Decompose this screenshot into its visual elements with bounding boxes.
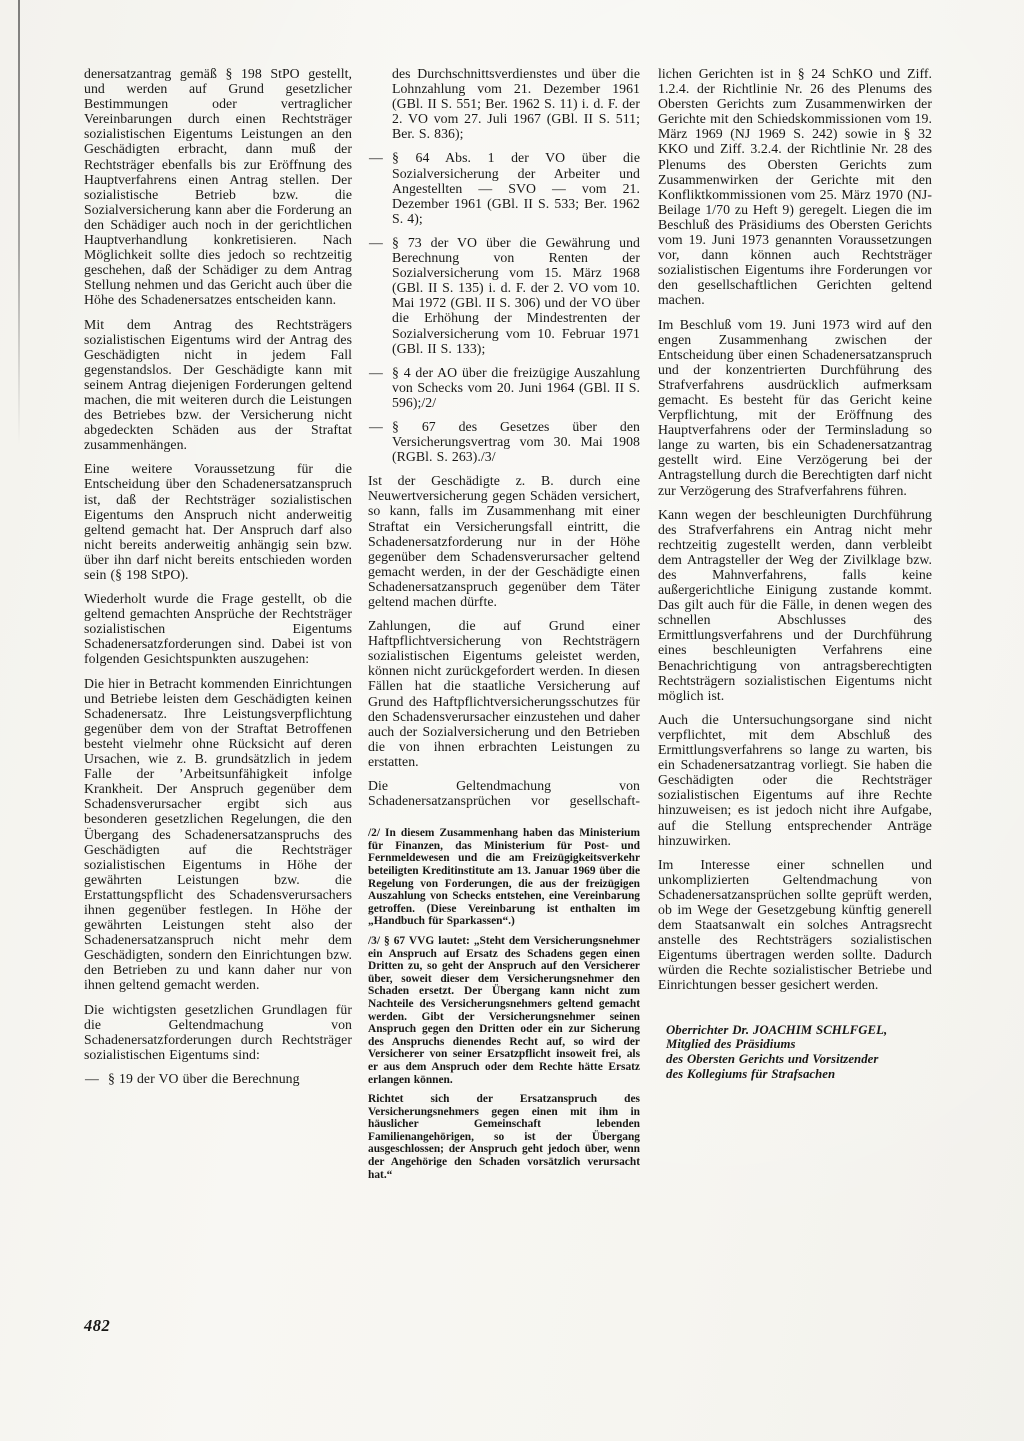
list-item: —§ 64 Abs. 1 der VO über die Sozialversi…	[368, 150, 640, 225]
text-column-2: des Durchschnittsverdienstes und über di…	[368, 66, 640, 1188]
paragraph: Eine weitere Voraussetzung für die Entsc…	[84, 461, 352, 582]
list-item: —§ 73 der VO über die Gewährung und Bere…	[368, 235, 640, 356]
paragraph: Die hier in Betracht kommenden Einrichtu…	[84, 676, 352, 993]
paragraph: Mit dem Antrag des Rechtsträgers soziali…	[84, 317, 352, 453]
scan-edge-line	[18, 0, 20, 445]
list-item-text: § 67 des Gesetzes über den Versicherungs…	[392, 419, 640, 464]
footnote: Richtet sich der Ersatzanspruch des Vers…	[368, 1093, 640, 1181]
list-dash: —	[369, 235, 383, 250]
paragraph: Die wichtigsten gesetzlichen Grundlagen …	[84, 1002, 352, 1062]
text-column-1: denersatzantrag gemäß § 198 StPO gestell…	[84, 66, 352, 1095]
paragraph: Im Interesse einer schnellen und unkompl…	[658, 857, 932, 993]
signature-line: Mitglied des Präsidiums	[666, 1037, 932, 1052]
page-number: 482	[84, 1316, 110, 1336]
paragraph: lichen Gerichten ist in § 24 SchKO und Z…	[658, 66, 932, 308]
footnote: /3/ § 67 VVG lautet: „Steht dem Versiche…	[368, 935, 640, 1086]
list-dash: —	[369, 150, 383, 165]
signature-line: Oberrichter Dr. JOACHIM SCHLFGEL,	[666, 1023, 932, 1038]
list-item-text: § 4 der AO über die freizügige Auszahlun…	[392, 365, 640, 410]
signature-line: des Kollegiums für Strafsachen	[666, 1067, 932, 1082]
list-item-text: § 73 der VO über die Gewährung und Berec…	[392, 235, 640, 356]
paragraph: Wiederholt wurde die Frage gestellt, ob …	[84, 591, 352, 666]
paragraph: Auch die Untersuchungsorgane sind nicht …	[658, 712, 932, 848]
paragraph: Zahlungen, die auf Grund einer Haftpflic…	[368, 618, 640, 769]
paragraph: denersatzantrag gemäß § 198 StPO gestell…	[84, 66, 352, 308]
paragraph: Die Geltendmachung von Schadenersatzansp…	[368, 778, 640, 808]
list-item: —§ 67 des Gesetzes über den Versicherung…	[368, 419, 640, 464]
list-item: —§ 19 der VO über die Berechnung	[84, 1071, 352, 1086]
paragraph: Im Beschluß vom 19. Juni 1973 wird auf d…	[658, 317, 932, 498]
list-item-text: § 64 Abs. 1 der VO über die Sozialversic…	[392, 150, 640, 225]
signature-block: Oberrichter Dr. JOACHIM SCHLFGEL,Mitglie…	[658, 1023, 932, 1082]
list-item: —§ 4 der AO über die freizügige Auszahlu…	[368, 365, 640, 410]
list-dash: —	[85, 1071, 99, 1086]
signature-line: des Obersten Gerichts und Vorsitzender	[666, 1052, 932, 1067]
list-dash: —	[369, 365, 383, 380]
scanned-journal-page: denersatzantrag gemäß § 198 StPO gestell…	[0, 0, 1024, 1441]
list-item-text: § 19 der VO über die Berechnung	[108, 1071, 300, 1086]
text-column-3: lichen Gerichten ist in § 24 SchKO und Z…	[658, 66, 932, 1082]
paragraph: Ist der Geschädigte z. B. durch eine Neu…	[368, 473, 640, 609]
list-dash: —	[369, 419, 383, 434]
list-continuation: des Durchschnittsverdienstes und über di…	[368, 66, 640, 141]
footnote: /2/ In diesem Zusammenhang haben das Min…	[368, 827, 640, 928]
paragraph: Kann wegen der beschleunigten Durchführu…	[658, 507, 932, 703]
